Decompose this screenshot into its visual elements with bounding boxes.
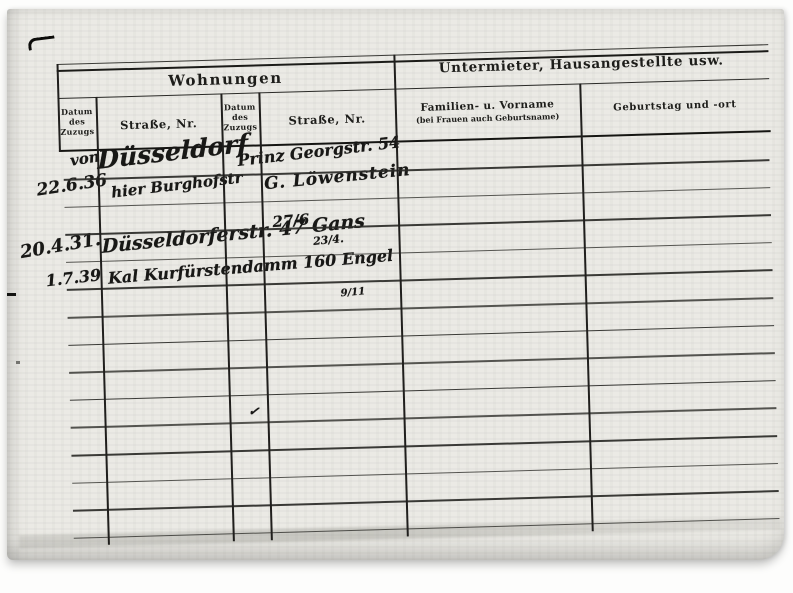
handwriting-check-mark: ✓ [247,404,260,420]
column-header-strasse-2: Straße, Nr. [259,111,395,129]
table-row-line [72,463,778,484]
handwriting-row5-date: 1.7.39 [45,265,102,290]
datum-line1: Datum [58,106,96,117]
table-row-line [73,490,779,511]
column-header-geburtstag: Geburtstag und -ort [580,98,770,114]
scan-artifact-dash [7,293,16,296]
table-row-line [71,407,777,428]
column-header-datum-zuzugs-1: Datum des Zuzugs [58,106,97,137]
column-header-datum-zuzugs-2: Datum des Zuzugs [221,101,260,132]
scan-artifact-dot [16,361,20,364]
column-divider [393,55,408,537]
table-row-line [69,352,775,373]
scan-page: { "card": { "section_wohnungen": "Wohnun… [0,0,793,593]
handwriting-row4-superscript: 23/4. [312,232,344,248]
column-header-strasse-1: Straße, Nr. [96,115,221,132]
datum-line1: Datum [221,101,259,112]
table-row-line [65,214,771,235]
handwriting-row2-name: G. Löwenstein [263,160,411,194]
registration-card: Wohnungen Untermieter, Hausangestellte u… [7,9,784,560]
column-divider [579,83,593,531]
column-header-familienname: Familien- u. Vorname (bei Frauen auch Ge… [395,97,581,125]
table-row-line [71,435,777,456]
column-divider [220,93,234,541]
table-row-line [70,380,776,401]
registration-table: Wohnungen Untermieter, Hausangestellte u… [56,44,784,569]
scan-artifact-hook [27,35,55,50]
table-row-line [74,518,780,539]
handwriting-row1-city: Düsseldorf [97,128,248,175]
table-row-line [68,325,774,346]
handwriting-row5-superscript: 9/11 [340,286,365,299]
datum-line3: Zuzugs [58,126,96,137]
table-row-line [68,297,774,318]
